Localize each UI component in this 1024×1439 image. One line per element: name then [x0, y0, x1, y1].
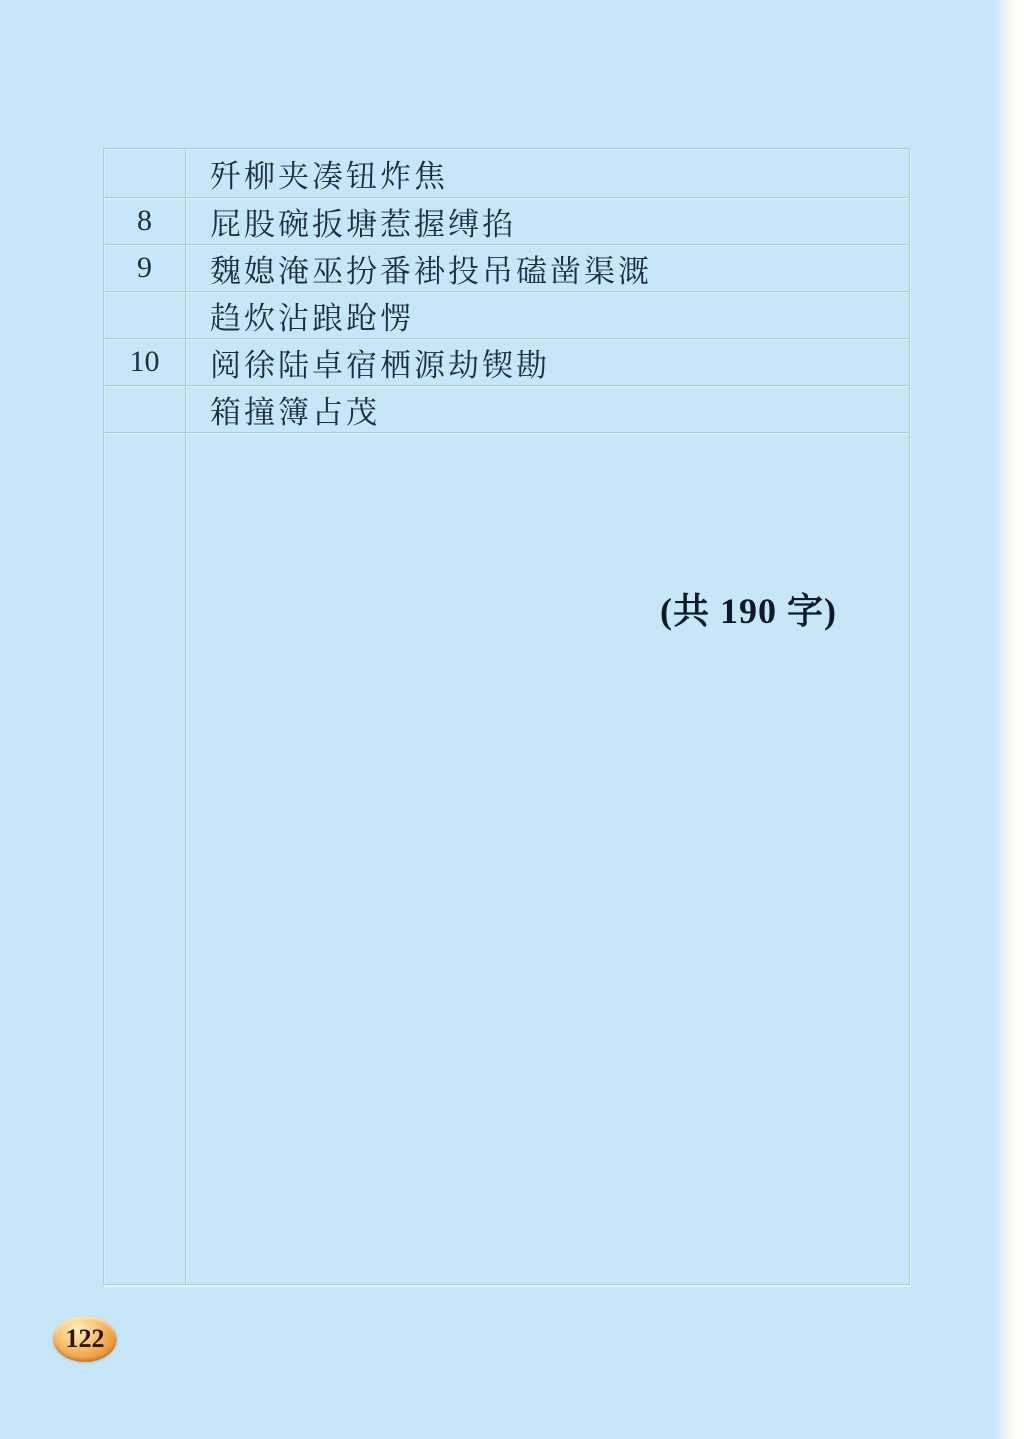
table-row: 歼柳夹凑钮炸焦 — [104, 149, 909, 198]
table-row: 趋炊沾踉跄愣 — [104, 292, 909, 339]
page-number: 122 — [66, 1324, 105, 1354]
table-row: 9 魏媳淹巫扮番褂投吊磕凿渠溉 — [104, 245, 909, 292]
characters-cell — [186, 433, 909, 1284]
characters-cell: 箱撞簿占茂 — [186, 386, 909, 432]
lesson-number-cell: 10 — [104, 339, 186, 385]
book-page: 歼柳夹凑钮炸焦 8 屁股碗扳塘惹握缚掐 9 魏媳淹巫扮番褂投吊磕凿渠溉 趋炊沾踉… — [0, 0, 1024, 1439]
characters-cell: 屁股碗扳塘惹握缚掐 — [186, 198, 909, 244]
table-row: 箱撞簿占茂 — [104, 386, 909, 433]
lesson-number-cell — [104, 292, 186, 338]
lesson-number-cell — [104, 386, 186, 432]
empty-row: (共 190 字) — [104, 433, 909, 1284]
lesson-number-cell — [104, 433, 186, 1284]
characters-cell: 歼柳夹凑钮炸焦 — [186, 149, 909, 197]
total-count-note: (共 190 字) — [660, 583, 837, 634]
table-row: 10 阅徐陆卓宿栖源劫锲勘 — [104, 339, 909, 386]
character-table: 歼柳夹凑钮炸焦 8 屁股碗扳塘惹握缚掐 9 魏媳淹巫扮番褂投吊磕凿渠溉 趋炊沾踉… — [103, 148, 910, 1285]
lesson-number-cell — [104, 149, 186, 197]
page-number-badge: 122 — [53, 1316, 117, 1362]
characters-cell: 趋炊沾踉跄愣 — [186, 292, 909, 338]
characters-cell: 阅徐陆卓宿栖源劫锲勘 — [186, 339, 909, 385]
paper-edge-strip — [992, 0, 1024, 1439]
characters-cell: 魏媳淹巫扮番褂投吊磕凿渠溉 — [186, 245, 909, 291]
lesson-number-cell: 8 — [104, 198, 186, 244]
lesson-number-cell: 9 — [104, 245, 186, 291]
table-row: 8 屁股碗扳塘惹握缚掐 — [104, 198, 909, 245]
